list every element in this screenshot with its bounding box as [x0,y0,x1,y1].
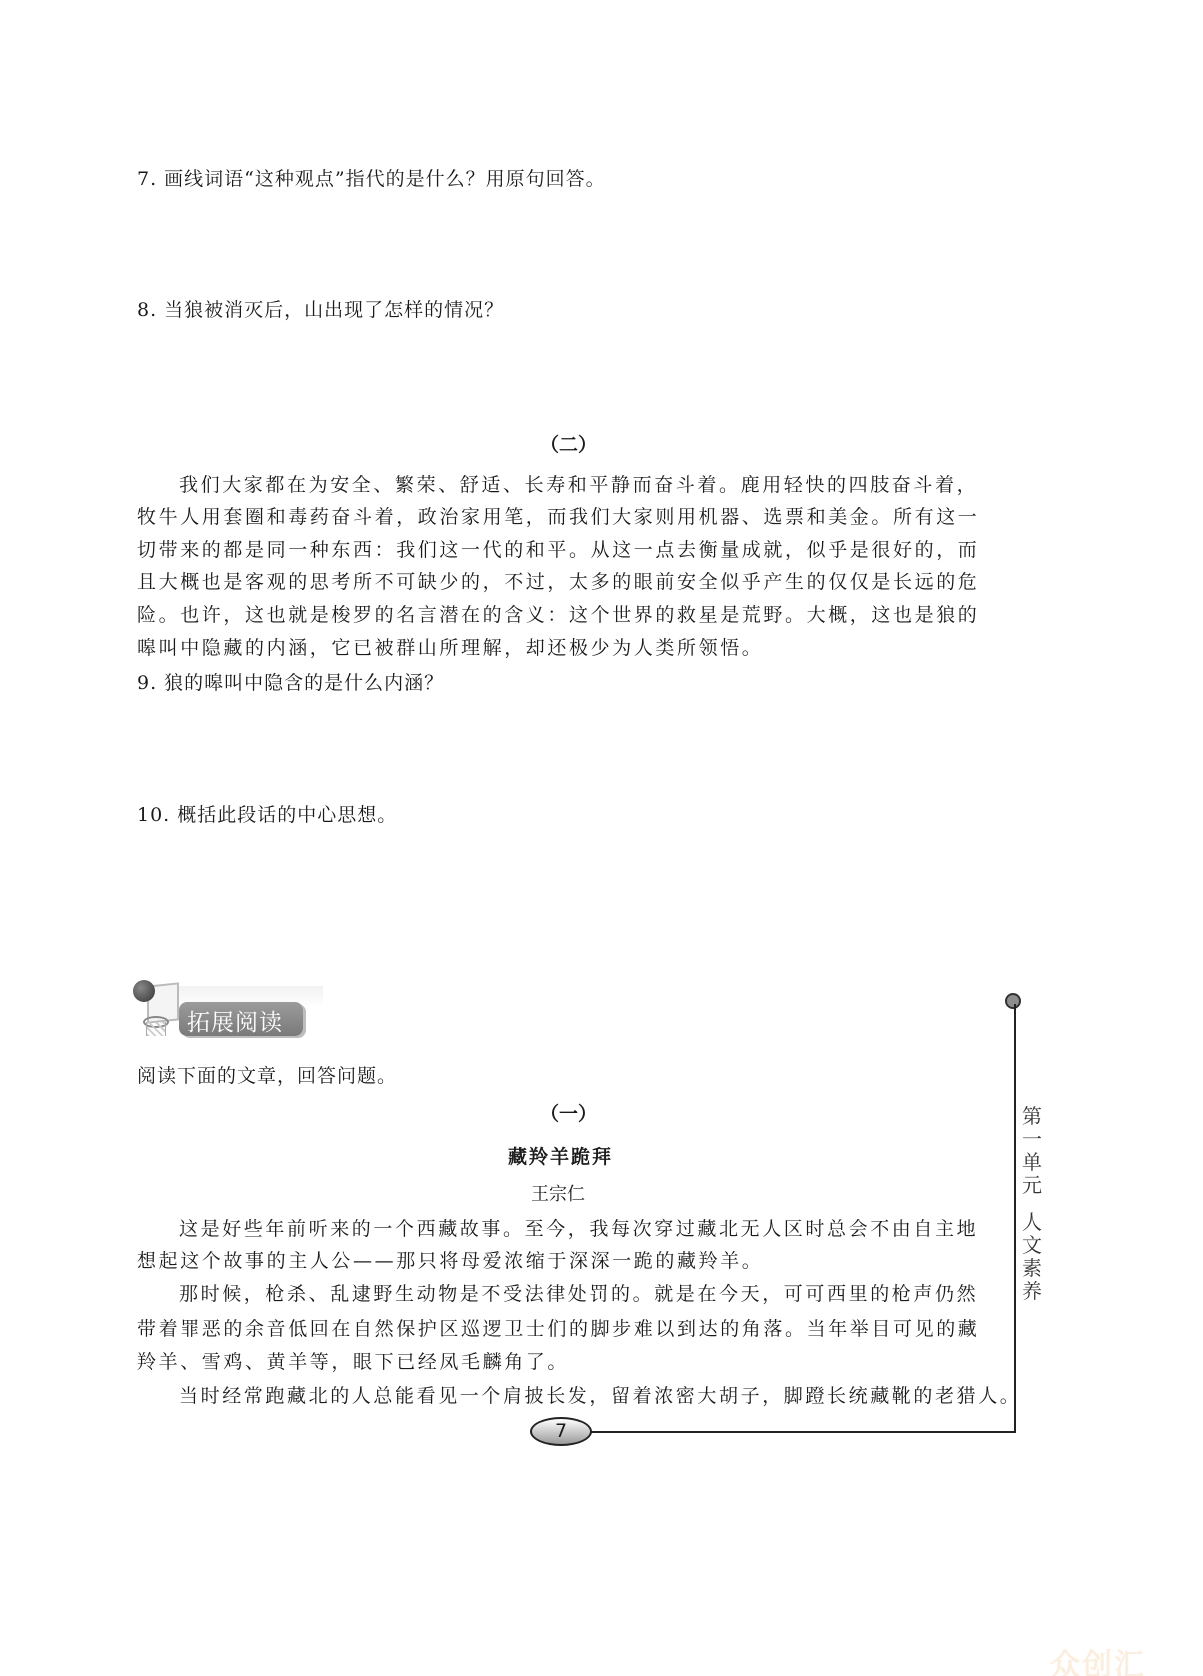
passage-line: 嗥叫中隐藏的内涵，它已被群山所理解，却还极少为人类所领悟。 [137,633,763,660]
side-char: 素 [1020,1257,1044,1280]
question-7: 7. 画线词语“这种观点”指代的是什么？用原句回答。 [137,164,606,191]
passage-line: 牧牛人用套圈和毒药奋斗着，政治家用笔，而我们大家则用机器、选票和美金。所有这一 [137,502,979,529]
extended-reading-banner: 拓展阅读 [133,980,308,1040]
banner-pill: 拓展阅读 [179,1002,303,1036]
frame-dot-icon [1005,993,1021,1009]
article-line: 羚羊、雪鸡、黄羊等，眼下已经凤毛麟角了。 [137,1347,569,1374]
question-9: 9. 狼的嗥叫中隐含的是什么内涵？ [137,668,444,695]
net-icon [146,1022,166,1036]
side-char: 第 [1020,1105,1044,1128]
article-author: 王宗仁 [531,1180,585,1206]
side-char: 养 [1020,1280,1044,1303]
section-mark-two: （二） [540,430,597,457]
side-char: 文 [1020,1234,1044,1257]
reading-instruction: 阅读下面的文章，回答问题。 [137,1061,397,1088]
passage-line: 切带来的都是同一种东西：我们这一代的和平。从这一点去衡量成就，似乎是很好的，而 [137,535,979,562]
article-line: 带着罪恶的余音低回在自然保护区巡逻卫士们的脚步难以到达的角落。当年举目可见的藏 [137,1314,979,1341]
side-char: 一 [1020,1128,1044,1151]
article-line: 想起这个故事的主人公——那只将母爱浓缩于深深一跪的藏羚羊。 [137,1246,763,1273]
side-char: 单 [1020,1151,1044,1174]
article-line: 那时候，枪杀、乱逮野生动物是不受法律处罚的。就是在今天，可可西里的枪声仍然 [179,1279,978,1306]
basketball-icon [133,980,155,1002]
page-number: 7 [530,1417,592,1446]
article-line: 当时经常跑藏北的人总能看见一个肩披长发，留着浓密大胡子，脚蹬长统藏靴的老猎人。 [179,1381,1021,1408]
passage-line: 我们大家都在为安全、繁荣、舒适、长寿和平静而奋斗着。鹿用轻快的四肢奋斗着， [179,470,978,497]
article-title: 藏羚羊跪拜 [508,1142,613,1169]
side-spacer [1020,1197,1044,1211]
frame-horizontal-line [590,1431,1016,1433]
passage-line: 险。也许，这也就是梭罗的名言潜在的含义：这个世界的救星是荒野。大概，这也是狼的 [137,600,979,627]
section-mark-one: （一） [540,1099,597,1126]
watermark: 众创汇 [1050,1640,1146,1676]
side-char: 人 [1020,1211,1044,1234]
article-line: 这是好些年前听来的一个西藏故事。至今，我每次穿过藏北无人区时总会不由自主地 [179,1214,978,1241]
question-8: 8. 当狼被消灭后，山出现了怎样的情况？ [137,295,504,322]
passage-line: 且大概也是客观的思考所不可缺少的，不过，太多的眼前安全似乎产生的仅仅是长远的危 [137,567,979,594]
side-char: 元 [1020,1174,1044,1197]
frame-vertical-line [1014,1004,1016,1433]
unit-side-label: 第 一 单 元 人 文 素 养 [1020,1105,1044,1303]
question-10: 10. 概括此段话的中心思想。 [137,800,397,827]
banner-label: 拓展阅读 [187,1004,283,1037]
